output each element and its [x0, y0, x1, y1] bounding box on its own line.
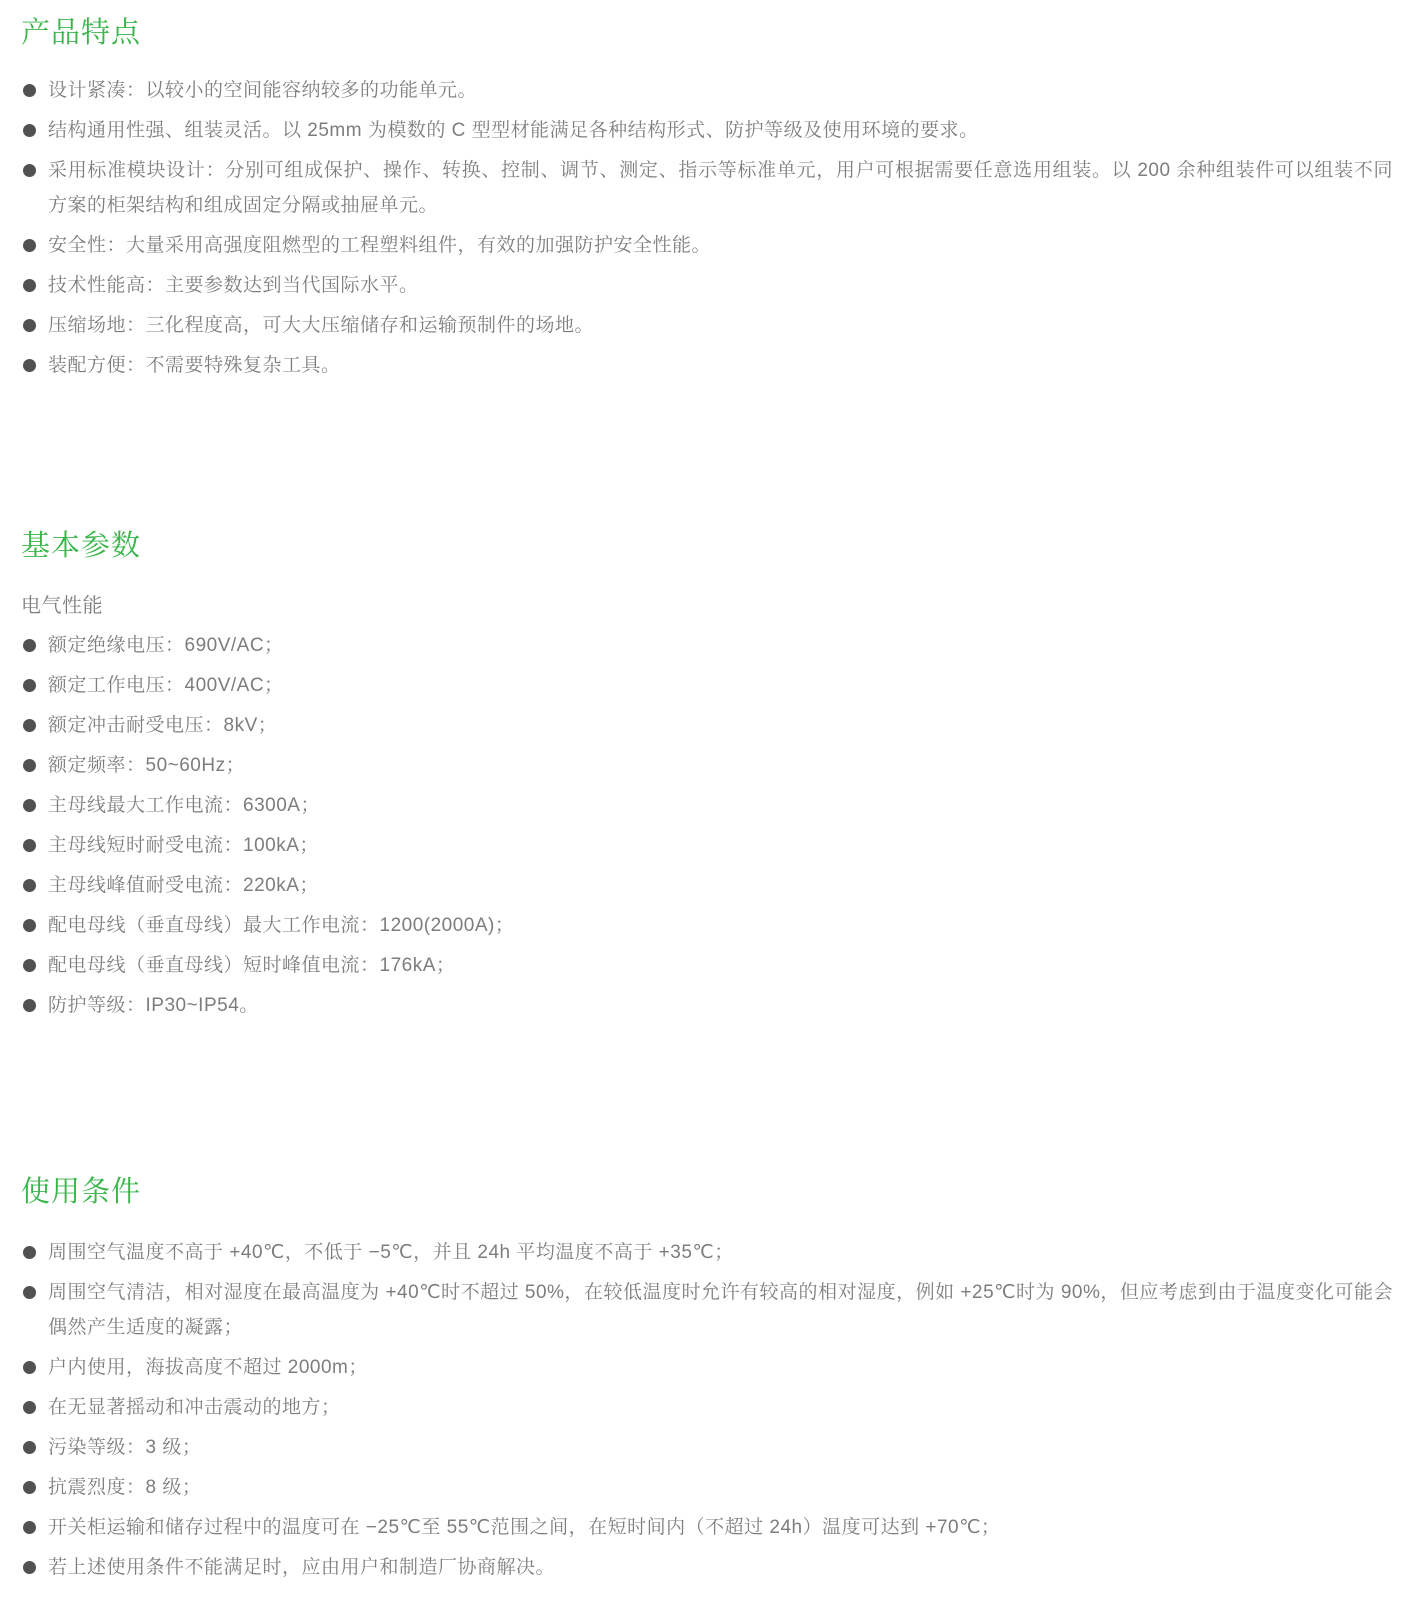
section-basic-parameters: 基本参数 电气性能 额定绝缘电压：690V/AC； 额定工作电压：400V/AC… — [21, 529, 1405, 1023]
list-item: 周围空气清洁，相对湿度在最高温度为 +40℃时不超过 50%，在较低温度时允许有… — [21, 1275, 1405, 1345]
bullet-icon — [23, 1361, 36, 1374]
condition-list: 周围空气温度不高于 +40℃，不低于 −5℃，并且 24h 平均温度不高于 +3… — [21, 1235, 1405, 1585]
bullet-icon — [23, 879, 36, 892]
list-item: 技术性能高：主要参数达到当代国际水平。 — [21, 268, 1405, 303]
bullet-text: 主母线峰值耐受电流：220kA； — [48, 868, 1393, 903]
bullet-icon — [23, 1401, 36, 1414]
list-item: 开关柜运输和储存过程中的温度可在 −25℃至 55℃范围之间，在短时间内（不超过… — [21, 1510, 1405, 1545]
bullet-text: 安全性：大量采用高强度阻燃型的工程塑料组件，有效的加强防护安全性能。 — [48, 228, 1393, 263]
bullet-text: 设计紧凑：以较小的空间能容纳较多的功能单元。 — [48, 73, 1393, 108]
bullet-text: 配电母线（垂直母线）短时峰值电流：176kA； — [48, 948, 1393, 983]
bullet-icon — [23, 1561, 36, 1574]
list-item: 装配方便：不需要特殊复杂工具。 — [21, 348, 1405, 383]
bullet-icon — [23, 164, 36, 177]
bullet-text: 装配方便：不需要特殊复杂工具。 — [48, 348, 1393, 383]
list-item: 主母线最大工作电流：6300A； — [21, 788, 1405, 823]
bullet-text: 开关柜运输和储存过程中的温度可在 −25℃至 55℃范围之间，在短时间内（不超过… — [48, 1510, 1393, 1545]
list-item: 主母线峰值耐受电流：220kA； — [21, 868, 1405, 903]
bullet-text: 户内使用，海拔高度不超过 2000m； — [48, 1350, 1393, 1385]
bullet-icon — [23, 1521, 36, 1534]
list-item: 主母线短时耐受电流：100kA； — [21, 828, 1405, 863]
bullet-icon — [23, 1441, 36, 1454]
list-item: 防护等级：IP30~IP54。 — [21, 988, 1405, 1023]
list-item: 额定频率：50~60Hz； — [21, 748, 1405, 783]
parameter-list: 额定绝缘电压：690V/AC； 额定工作电压：400V/AC； 额定冲击耐受电压… — [21, 628, 1405, 1023]
bullet-text: 额定绝缘电压：690V/AC； — [48, 628, 1393, 663]
bullet-text: 周围空气温度不高于 +40℃，不低于 −5℃，并且 24h 平均温度不高于 +3… — [48, 1235, 1393, 1270]
bullet-text: 结构通用性强、组装灵活。以 25mm 为模数的 C 型型材能满足各种结构形式、防… — [48, 113, 1393, 148]
bullet-icon — [23, 1286, 36, 1299]
section-product-features: 产品特点 设计紧凑：以较小的空间能容纳较多的功能单元。 结构通用性强、组装灵活。… — [21, 16, 1405, 383]
list-item: 结构通用性强、组装灵活。以 25mm 为模数的 C 型型材能满足各种结构形式、防… — [21, 113, 1405, 148]
section-usage-conditions: 使用条件 周围空气温度不高于 +40℃，不低于 −5℃，并且 24h 平均温度不… — [21, 1175, 1405, 1585]
bullet-icon — [23, 279, 36, 292]
list-item: 配电母线（垂直母线）短时峰值电流：176kA； — [21, 948, 1405, 983]
bullet-text: 周围空气清洁，相对湿度在最高温度为 +40℃时不超过 50%，在较低温度时允许有… — [48, 1275, 1393, 1345]
bullet-text: 额定工作电压：400V/AC； — [48, 668, 1393, 703]
bullet-icon — [23, 239, 36, 252]
bullet-icon — [23, 799, 36, 812]
list-item: 压缩场地：三化程度高，可大大压缩储存和运输预制件的场地。 — [21, 308, 1405, 343]
list-item: 若上述使用条件不能满足时，应由用户和制造厂协商解决。 — [21, 1550, 1405, 1585]
list-item: 额定冲击耐受电压：8kV； — [21, 708, 1405, 743]
bullet-text: 污染等级：3 级； — [48, 1430, 1393, 1465]
bullet-icon — [23, 839, 36, 852]
bullet-icon — [23, 1246, 36, 1259]
list-item: 在无显著摇动和冲击震动的地方； — [21, 1390, 1405, 1425]
bullet-icon — [23, 639, 36, 652]
bullet-text: 主母线短时耐受电流：100kA； — [48, 828, 1393, 863]
list-item: 污染等级：3 级； — [21, 1430, 1405, 1465]
bullet-icon — [23, 84, 36, 97]
list-item: 设计紧凑：以较小的空间能容纳较多的功能单元。 — [21, 73, 1405, 108]
bullet-text: 压缩场地：三化程度高，可大大压缩储存和运输预制件的场地。 — [48, 308, 1393, 343]
bullet-icon — [23, 959, 36, 972]
list-item: 周围空气温度不高于 +40℃，不低于 −5℃，并且 24h 平均温度不高于 +3… — [21, 1235, 1405, 1270]
bullet-text: 额定冲击耐受电压：8kV； — [48, 708, 1393, 743]
bullet-text: 额定频率：50~60Hz； — [48, 748, 1393, 783]
list-item: 配电母线（垂直母线）最大工作电流：1200(2000A)； — [21, 908, 1405, 943]
bullet-text: 防护等级：IP30~IP54。 — [48, 988, 1393, 1023]
subsection-title-electrical: 电气性能 — [21, 593, 1405, 619]
list-item: 额定工作电压：400V/AC； — [21, 668, 1405, 703]
bullet-icon — [23, 999, 36, 1012]
list-item: 抗震烈度：8 级； — [21, 1470, 1405, 1505]
bullet-text: 抗震烈度：8 级； — [48, 1470, 1393, 1505]
bullet-icon — [23, 359, 36, 372]
bullet-text: 配电母线（垂直母线）最大工作电流：1200(2000A)； — [48, 908, 1393, 943]
section-title-features: 产品特点 — [21, 16, 1405, 50]
bullet-text: 若上述使用条件不能满足时，应由用户和制造厂协商解决。 — [48, 1550, 1393, 1585]
list-item: 额定绝缘电压：690V/AC； — [21, 628, 1405, 663]
bullet-text: 在无显著摇动和冲击震动的地方； — [48, 1390, 1393, 1425]
bullet-icon — [23, 719, 36, 732]
list-item: 户内使用，海拔高度不超过 2000m； — [21, 1350, 1405, 1385]
bullet-icon — [23, 679, 36, 692]
section-title-parameters: 基本参数 — [21, 529, 1405, 563]
bullet-icon — [23, 124, 36, 137]
bullet-icon — [23, 1481, 36, 1494]
list-item: 安全性：大量采用高强度阻燃型的工程塑料组件，有效的加强防护安全性能。 — [21, 228, 1405, 263]
bullet-icon — [23, 319, 36, 332]
bullet-text: 技术性能高：主要参数达到当代国际水平。 — [48, 268, 1393, 303]
section-title-conditions: 使用条件 — [21, 1175, 1405, 1209]
list-item: 采用标准模块设计：分别可组成保护、操作、转换、控制、调节、测定、指示等标准单元，… — [21, 153, 1405, 223]
feature-list: 设计紧凑：以较小的空间能容纳较多的功能单元。 结构通用性强、组装灵活。以 25m… — [21, 73, 1405, 383]
bullet-icon — [23, 759, 36, 772]
bullet-text: 采用标准模块设计：分别可组成保护、操作、转换、控制、调节、测定、指示等标准单元，… — [48, 153, 1393, 223]
bullet-text: 主母线最大工作电流：6300A； — [48, 788, 1393, 823]
product-spec-page: 产品特点 设计紧凑：以较小的空间能容纳较多的功能单元。 结构通用性强、组装灵活。… — [0, 0, 1425, 1600]
bullet-icon — [23, 919, 36, 932]
